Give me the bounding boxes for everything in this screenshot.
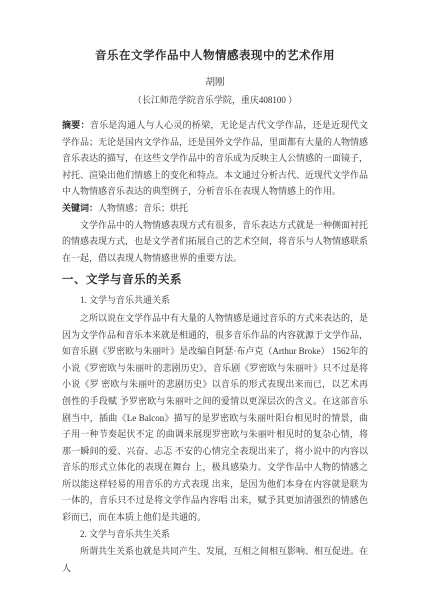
subsection-1-1-paragraph: 之所以说在文学作品中有大量的人物情感是通过音乐的方式来表达的，是因为文学作品和音… <box>62 310 368 526</box>
section-1-heading: 一、文学与音乐的关系 <box>62 271 368 287</box>
subsection-1-2-paragraph: 所谓共生关系也就是共同产生、发展，互相之间相互影响、相互促进。在人 <box>62 543 368 576</box>
abstract-text: 音乐是沟通人与人心灵的桥梁，无论是古代文学作品，还是近现代文学作品；无论是国内文… <box>62 120 368 196</box>
intro-paragraph: 文学作品中的人物情感表现方式有很多，音乐表达方式就是一种侧面衬托的情感表现方式，… <box>62 217 368 267</box>
abstract-label: 摘要： <box>62 120 90 130</box>
subsection-1-2-heading: 2. 文学与音乐共生关系 <box>62 526 368 543</box>
paper-author: 胡刚 <box>62 74 368 88</box>
document-page: 音乐在文学作品中人物情感表现中的艺术作用 胡刚 （长江师范学院音乐学院，重庆40… <box>0 0 424 600</box>
paper-affiliation: （长江师范学院音乐学院，重庆408100 ） <box>62 93 368 106</box>
keywords-label: 关键词： <box>62 203 98 213</box>
paper-title: 音乐在文学作品中人物情感表现中的艺术作用 <box>62 47 368 63</box>
subsection-1-1-heading: 1. 文学与音乐共通关系 <box>62 292 368 309</box>
keywords-text: 人物情感；音乐；烘托 <box>98 203 188 213</box>
keywords-line: 关键词：人物情感；音乐；烘托 <box>62 200 368 217</box>
abstract-paragraph: 摘要：音乐是沟通人与人心灵的桥梁，无论是古代文学作品，还是近现代文学作品；无论是… <box>62 117 368 200</box>
